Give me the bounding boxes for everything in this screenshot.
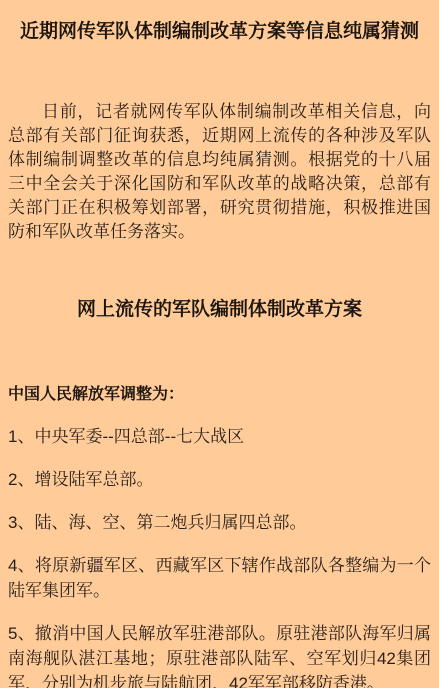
section-title: 网上流传的军队编制体制改革方案 bbox=[8, 298, 431, 322]
article-page-body: { "colors": { "page_background": "#FFCC9… bbox=[0, 0, 439, 688]
article-title: 近期网传军队体制编制改革方案等信息纯属猜测 bbox=[8, 0, 431, 44]
list-item-5: 5、撤消中国人民解放军驻港部队。原驻港部队海军归属南海舰队湛江基地；原驻港部队陆… bbox=[8, 621, 431, 688]
list-intro-label: 中国人民解放军调整为： bbox=[8, 384, 431, 406]
article-page: 近期网传军队体制编制改革方案等信息纯属猜测 日前，记者就网传军队体制编制改革相关… bbox=[0, 0, 439, 688]
list-item-2: 2、增设陆军总部。 bbox=[8, 467, 431, 492]
list-item-1: 1、中央军委--四总部--七大战区 bbox=[8, 424, 431, 449]
intro-paragraph: 日前，记者就网传军队体制编制改革相关信息，向总部有关部门征询获悉，近期网上流传的… bbox=[8, 100, 431, 244]
list-item-3: 3、陆、海、空、第二炮兵归属四总部。 bbox=[8, 510, 431, 535]
list-item-4: 4、将原新疆军区、西藏军区下辖作战部队各整编为一个陆军集团军。 bbox=[8, 553, 431, 603]
